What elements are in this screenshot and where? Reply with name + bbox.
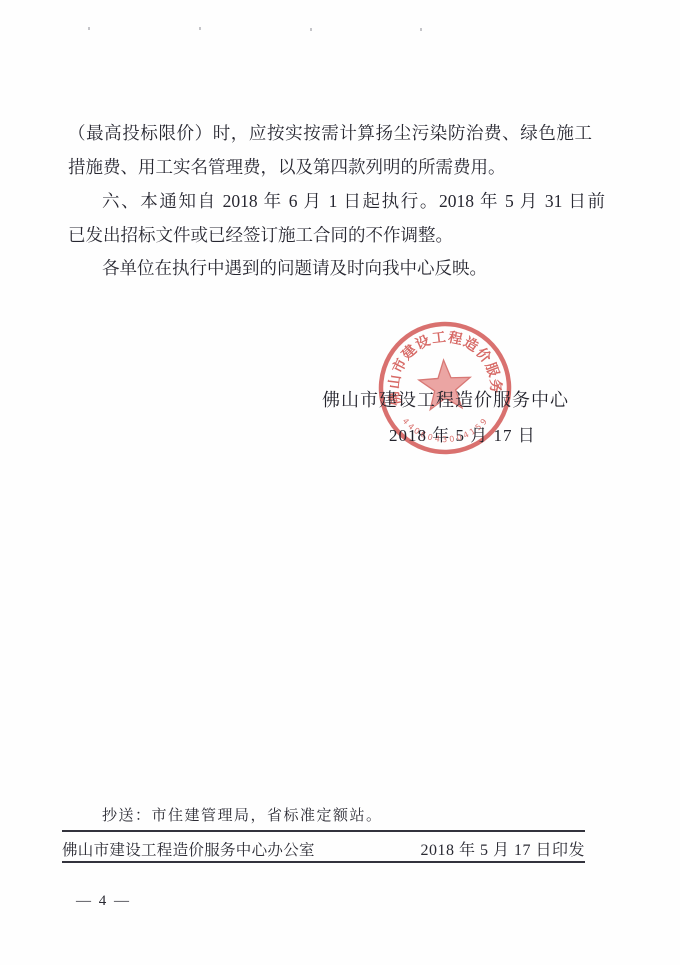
body-line-5: 各单位在执行中遇到的问题请及时向我中心反映。 — [68, 257, 487, 280]
body-line-2: 措施费、用工实名管理费，以及第四款列明的所需费用。 — [68, 156, 506, 179]
signature-organization: 佛山市建设工程造价服务中心 — [322, 386, 568, 412]
issuing-office: 佛山市建设工程造价服务中心办公室 — [62, 838, 315, 860]
body-line-1: （最高投标限价）时，应按实按需计算扬尘污染防治费、绿色施工 — [68, 122, 592, 145]
document-page: （最高投标限价）时，应按实按需计算扬尘污染防治费、绿色施工 措施费、用工实名管理… — [0, 0, 680, 965]
print-date: 2018 年 5 月 17 日印发 — [420, 837, 585, 860]
body-line-3: 六、本通知自 2018 年 6 月 1 日起执行。2018 年 5 月 31 日… — [68, 190, 605, 213]
footer-issue-row: 佛山市建设工程造价服务中心办公室 2018 年 5 月 17 日印发 — [62, 837, 585, 860]
cc-line: 抄送：市住建管理局，省标准定额站。 — [102, 804, 383, 825]
page-number: — 4 — — [76, 893, 131, 910]
scan-artifacts — [88, 27, 90, 30]
footer-top-rule — [62, 830, 585, 832]
body-line-4: 已发出招标文件或已经签订施工合同的不作调整。 — [68, 224, 453, 247]
signature-date: 2018 年 5 月 17 日 — [389, 421, 536, 446]
footer-bottom-rule — [62, 861, 585, 863]
